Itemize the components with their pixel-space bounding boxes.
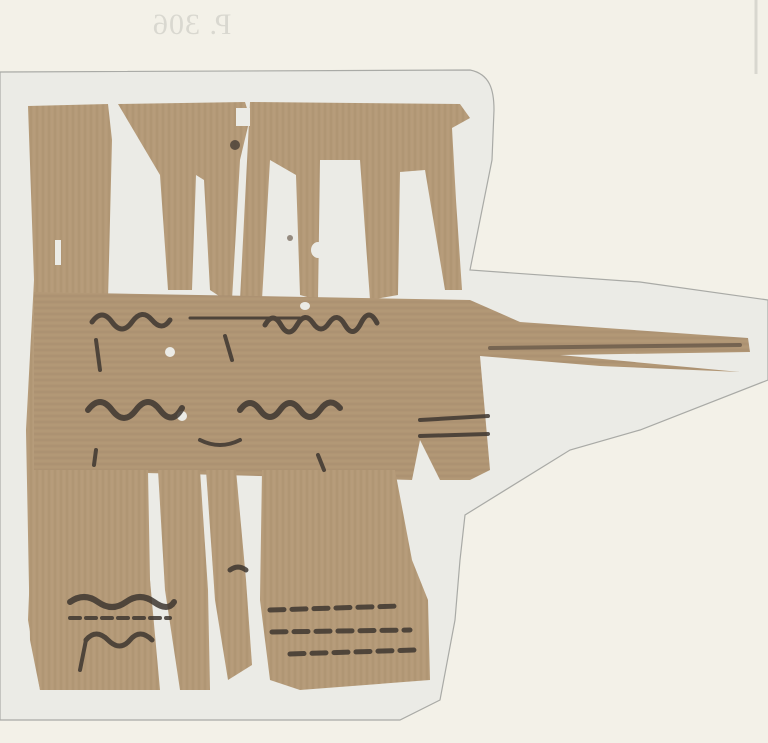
papyrus-illustration xyxy=(0,0,768,743)
papyrus-photo: P. 306 xyxy=(0,0,768,743)
specimen-label-mirrored: P. 306 xyxy=(152,8,231,42)
